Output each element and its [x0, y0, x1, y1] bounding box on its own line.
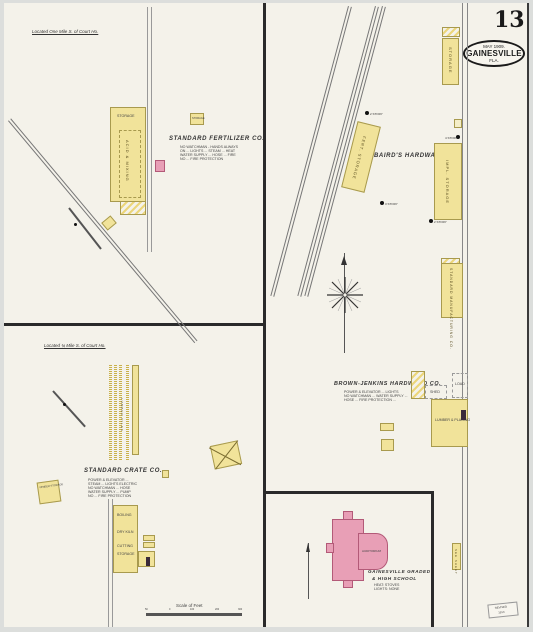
building-inner-section	[119, 130, 141, 198]
dot-label: 4 STORY	[445, 136, 458, 140]
brown-jenkins-note-3: HOSE ... FIRE PROTECTION ...	[344, 398, 396, 403]
school-name-2: & HIGH SCHOOL	[372, 576, 417, 581]
crate-tilted-building	[210, 440, 242, 469]
see-sheet-building: SEE SHEET	[452, 543, 461, 570]
lumber-pile-4	[126, 365, 129, 460]
frame-right-edge	[527, 3, 529, 627]
cross-line-2	[215, 440, 238, 469]
brown-jenkins-open-shed: SHED	[425, 385, 447, 399]
compass-rose	[322, 253, 368, 353]
dot-marker	[429, 219, 433, 223]
dot-marker	[365, 111, 369, 115]
north-arrow-bottom-left	[52, 390, 86, 427]
frame-school-top	[263, 491, 433, 494]
boiler-chimney	[146, 557, 150, 566]
fertilizer-storage-building: STORAGE ACID & MIXING	[110, 107, 146, 202]
map-sheet: 13 MAY 1909. GAINESVILLE FLA. Located On…	[4, 3, 529, 627]
veneer-storage-building: VENEER STORAGE	[37, 480, 62, 505]
north-arrowhead-school	[306, 543, 310, 552]
scale-tick-label: 50	[145, 608, 148, 613]
dot-label: 2 STORY	[434, 220, 447, 224]
baird-impl-storage: IMPL. STORAGE	[434, 143, 462, 220]
frame-school-right	[431, 491, 434, 627]
brown-jenkins-hatched-shed	[411, 371, 425, 399]
small-yellow-icehouse	[381, 439, 394, 451]
dot-marker	[380, 201, 384, 205]
lumber-pile-2	[114, 365, 117, 460]
school-note-2: LIGHTS: NONE	[374, 587, 399, 592]
sheet-number: 13	[494, 7, 525, 33]
engine-room	[461, 410, 466, 420]
crate-small-shed	[162, 470, 169, 478]
crate-note-5: NO ... FIRE PROTECTION	[88, 494, 131, 499]
small-yellow-shed	[380, 423, 394, 431]
fertilizer-small-building: STORAGE	[190, 113, 204, 125]
crate-factory-building: BOILING DRY KILN CUTTING STORAGE	[113, 505, 138, 573]
fertilizer-shed	[120, 201, 146, 215]
lumber-pile-label: LUMBER PILES	[120, 398, 124, 432]
dot-label: 3 STORY	[385, 202, 398, 206]
scale-tick-label: 0	[169, 608, 170, 613]
fertilizer-brick-office	[155, 160, 165, 172]
railroad-track-diagonal	[8, 118, 197, 343]
top-right-storage: STORAGE	[442, 38, 459, 85]
school-west-porch	[326, 543, 334, 553]
dot-label: 2 STORY	[370, 112, 383, 116]
frame-divider-vertical	[263, 3, 266, 627]
school-south-tower	[343, 580, 353, 588]
state-name: FLA.	[465, 58, 523, 63]
scale-bar	[146, 613, 242, 616]
location-note-bottom-left: Located ¾ Mile S. of Court Ho.	[44, 343, 106, 348]
frame-divider-horizontal-left	[4, 323, 266, 326]
fertilizer-note-4: NO ... FIRE PROTECTION	[180, 157, 223, 162]
standard-fertilizer-title: STANDARD FERTILIZER CO.	[169, 136, 265, 142]
crate-steam-building	[143, 535, 155, 541]
spur-track	[147, 7, 152, 252]
school-north-tower	[343, 511, 353, 520]
crate-boiler-building	[138, 551, 155, 567]
compass-arrowhead	[341, 256, 347, 265]
top-right-shed	[442, 27, 460, 37]
title-cartouche: MAY 1909. GAINESVILLE FLA.	[463, 40, 525, 67]
small-office-box	[454, 119, 462, 128]
location-note-top-left: Located One Mile S. of Court Ho.	[32, 29, 98, 34]
lumber-pile-1	[109, 365, 112, 460]
scale-tick-label: 300	[238, 608, 242, 613]
scale-tick-label: 100	[190, 608, 194, 613]
north-arrow-dot	[63, 403, 66, 406]
standard-manufacturing-building: STANDARD MANUFACTURING CO.	[441, 263, 463, 318]
school-auditorium: AUDITORIUM	[358, 533, 388, 570]
city-name: GAINESVILLE	[465, 49, 523, 58]
standard-crate-title: STANDARD CRATE CO.	[84, 468, 162, 474]
school-name: GAINESVILLE GRADED	[368, 569, 431, 574]
lumber-planing-mill: LUMBER & PLANING	[431, 399, 468, 447]
scale-tick-label: 200	[215, 608, 219, 613]
lumber-shed-long	[132, 365, 139, 455]
compass-star-icon	[325, 275, 365, 315]
revision-stamp: REVISED 1913	[487, 601, 518, 618]
crate-pump-building	[143, 542, 155, 548]
brown-jenkins-dry-kiln: LOAD	[452, 373, 468, 398]
north-arrow-dot	[74, 223, 77, 226]
